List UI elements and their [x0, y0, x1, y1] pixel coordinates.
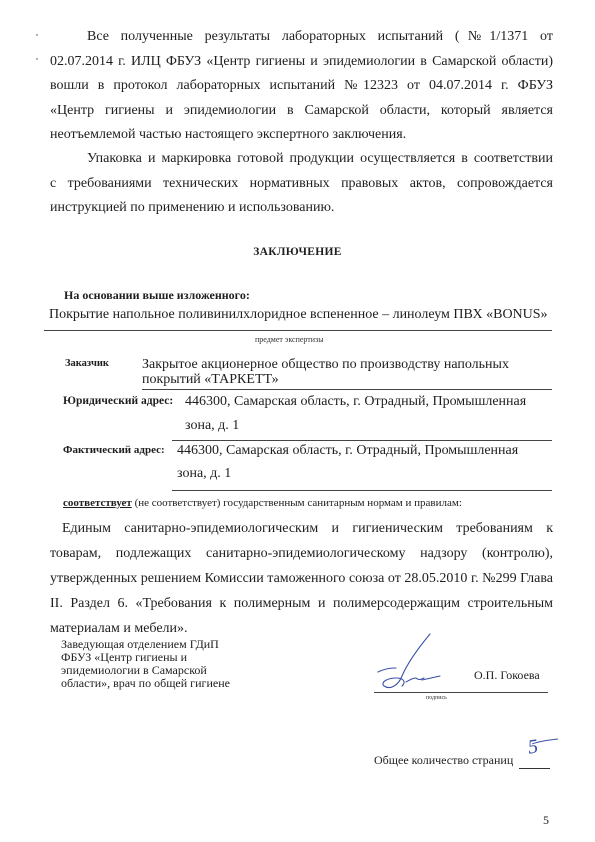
- text-line: Упаковка и маркировка готовой продукции …: [50, 147, 553, 172]
- actual-address-line1: 446300, Самарская область, г. Отрадный, …: [177, 443, 518, 459]
- text-line: 02.07.2014 г. ИЛЦ ФБУЗ «Центр гигиены и …: [50, 50, 553, 75]
- actual-address-line2: зона, д. 1: [177, 466, 231, 482]
- compliance-status: соответствует: [63, 497, 132, 509]
- customer-underline: [142, 389, 552, 390]
- compliance-statement: соответствует (не соответствует) государ…: [63, 497, 462, 509]
- signature-caption: подпись: [426, 695, 447, 701]
- total-pages-label: Общее количество страниц: [374, 753, 513, 768]
- signatory-position: Заведующая отделением ГДиП ФБУЗ «Центр г…: [61, 638, 230, 690]
- scan-artifact-dot: [36, 34, 38, 36]
- subject-underline: [44, 330, 552, 331]
- conclusion-heading: ЗАКЛЮЧЕНИЕ: [0, 246, 595, 258]
- compliance-rest: (не соответствует) государственным санит…: [132, 497, 462, 509]
- text-line: неотъемлемой частью настоящего экспертно…: [50, 123, 553, 148]
- customer-name-line2: покрытий «ТАРКЕТТ»: [142, 372, 279, 388]
- text-line: II. Раздел 6. «Требования к полимерным и…: [50, 591, 553, 616]
- legal-address-line1: 446300, Самарская область, г. Отрадный, …: [185, 394, 526, 410]
- scan-artifact-dot: [36, 58, 38, 60]
- actual-address-underline: [172, 490, 552, 491]
- signatory-name: О.П. Гокоева: [474, 668, 540, 683]
- pen-stroke-icon: [530, 738, 560, 748]
- text-line: вошли в протокол лабораторных испытаний …: [50, 74, 553, 99]
- legal-address-label: Юридический адрес:: [63, 395, 173, 407]
- legal-address-line2: зона, д. 1: [185, 418, 239, 434]
- paragraph-requirements: Единым санитарно-эпидемиологическим и ги…: [50, 516, 553, 641]
- paragraph-packaging: Упаковка и маркировка готовой продукции …: [50, 147, 553, 221]
- expertise-subject: Покрытие напольное поливинилхлоридное вс…: [49, 307, 548, 323]
- text-line: утвержденных решением Комиссии таможенно…: [50, 566, 553, 591]
- customer-name-line1: Закрытое акционерное общество по произво…: [142, 357, 509, 373]
- subject-caption: предмет экспертизы: [255, 335, 324, 344]
- signature-line: [374, 692, 548, 693]
- text-line: Единым санитарно-эпидемиологическим и ги…: [50, 516, 553, 541]
- text-line: «Центр гигиены и эпидемиологии в Самарск…: [50, 99, 553, 124]
- position-line: области», врач по общей гигиене: [61, 677, 230, 690]
- text-line: с требованиями технических нормативных п…: [50, 172, 553, 197]
- total-pages-underline: [519, 768, 550, 769]
- basis-label: На основании выше изложенного:: [64, 288, 250, 303]
- legal-address-underline: [172, 440, 552, 441]
- text-line: Все полученные результаты лабораторных и…: [50, 25, 553, 50]
- page-number: 5: [543, 813, 549, 828]
- handwritten-signature-icon: [360, 628, 470, 698]
- text-line: товарам, подлежащих санитарно-эпидемиоло…: [50, 541, 553, 566]
- paragraph-lab-results: Все полученные результаты лабораторных и…: [50, 25, 553, 148]
- text-line: инструкцией по применению и использовани…: [50, 196, 553, 221]
- customer-label: Заказчик: [65, 358, 109, 369]
- actual-address-label: Фактический адрес:: [63, 444, 165, 456]
